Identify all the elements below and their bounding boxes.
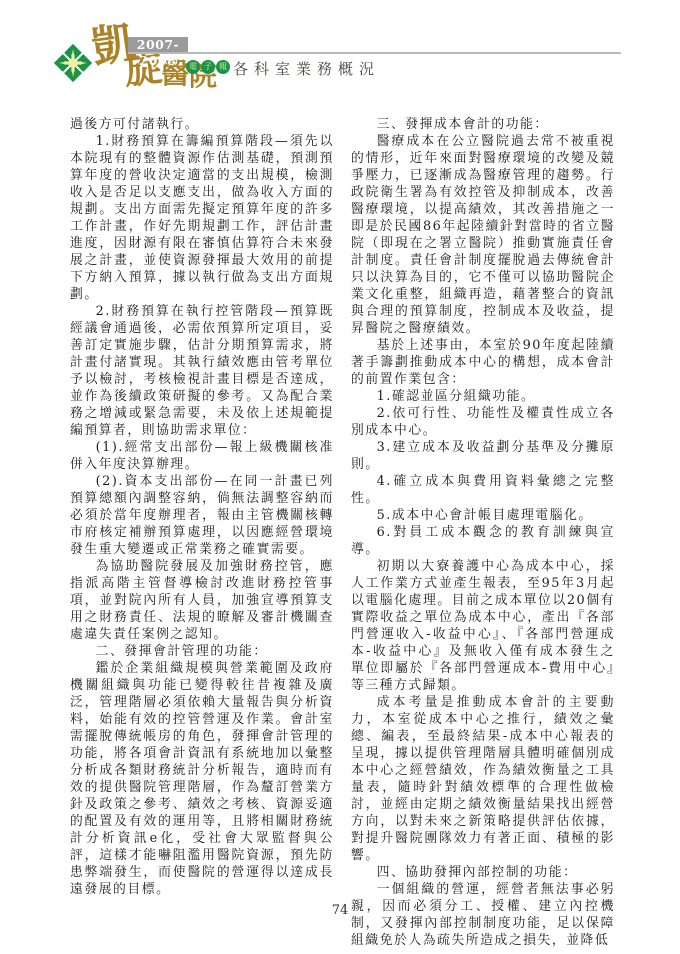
paragraph: 基於上述事由，本室於90年度起陸續著手籌劃推動成本中心的構想，成本會計的前置作業…	[351, 337, 615, 388]
paragraph: 四、協助發揮內部控制的功能：	[351, 864, 615, 881]
section-subtitle: 各科室業務概況	[233, 58, 380, 79]
paragraph: (1).經常支出部份—報上級機關核准併入年度決算辦理。	[70, 439, 334, 473]
badge-circle: 報	[216, 60, 230, 74]
header-divider-line	[128, 52, 621, 54]
paragraph: 5.成本中心會計帳目處理電腦化。	[351, 507, 615, 524]
page-number: 74	[0, 903, 680, 918]
document-page: 凱 旋 醫 院 2007-2008 電 子 報 各科室業務概況 過後方可付諸執行…	[0, 0, 680, 954]
badge-circle: 電	[186, 60, 200, 74]
paragraph: 二、發揮會計管理的功能：	[70, 643, 334, 660]
paragraph: 醫療成本在公立醫院過去常不被重視的情形，近年來面對醫療環境的改變及競爭壓力，已逐…	[351, 133, 615, 337]
paragraph: 1.財務預算在籌編預算階段—須先以本院現有的整體資源作估測基礎，預測預算年度的營…	[70, 133, 334, 303]
paragraph: 鑑於企業組織規模與營業範圍及政府機關組織與功能已變得較往昔複雜及廣泛，管理階層必…	[70, 660, 334, 898]
paragraph: 為協助醫院發展及加強財務控管，應指派高階主管督導檢討改進財務控管事項，並對院內所…	[70, 558, 334, 643]
paragraph: 成本考量是推動成本會計的主要動力，本室從成本中心之推行，績效之彙總、編表，至最終…	[351, 694, 615, 864]
paragraph: 過後方可付諸執行。	[70, 116, 334, 133]
year-badge: 2007-2008	[128, 37, 188, 53]
paragraph: 6.對員工成本觀念的教育訓練與宣導。	[351, 524, 615, 558]
badge-circle: 子	[201, 60, 215, 74]
paragraph: 2.財務預算在執行控管階段—預算既經議會通過後，必需依預算所定項目，妥善訂定實施…	[70, 303, 334, 439]
paragraph: 1.確認並區分組織功能。	[351, 388, 615, 405]
paragraph: (2).資本支出部份—在同一計畫已列預算總額內調整容納，倘無法調整容納而必須於當…	[70, 473, 334, 558]
paragraph: 3.建立成本及收益劃分基準及分攤原則。	[351, 439, 615, 473]
hospital-logo-icon	[53, 43, 93, 83]
newsletter-badge: 電 子 報	[186, 60, 230, 74]
paragraph: 2.依可行性、功能性及權責性成立各別成本中心。	[351, 405, 615, 439]
paragraph: 4.確立成本與費用資料彙總之完整性。	[351, 473, 615, 507]
left-column: 過後方可付諸執行。1.財務預算在籌編預算階段—須先以本院現有的整體資源作估測基礎…	[70, 116, 334, 898]
paragraph: 三、發揮成本會計的功能：	[351, 116, 615, 133]
paragraph: 初期以大寮養護中心為成本中心，採人工作業方式並產生報表，至95年3月起以電腦化處…	[351, 558, 615, 694]
right-column: 三、發揮成本會計的功能：醫療成本在公立醫院過去常不被重視的情形，近年來面對醫療環…	[351, 116, 615, 949]
